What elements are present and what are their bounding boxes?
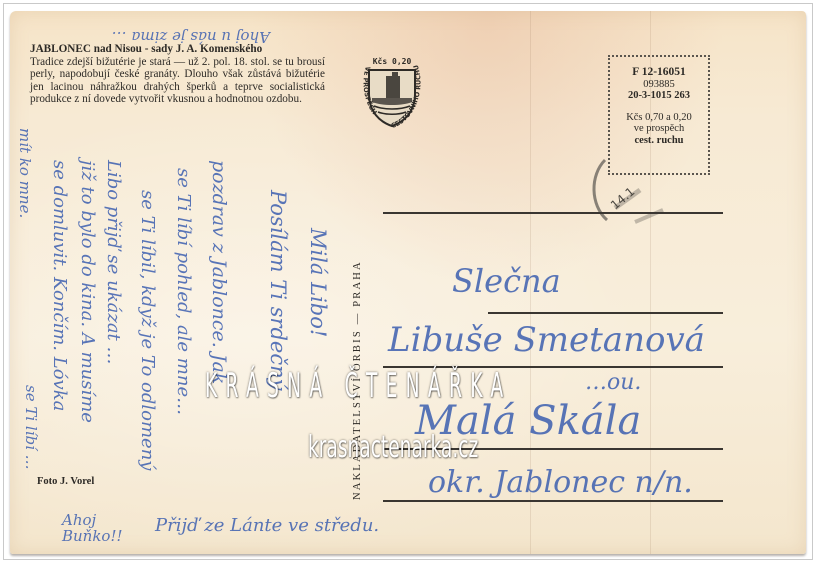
stamp-code: F 12-16051 [610,67,708,79]
message-line: se domluvit. Končím. Lóvka [49,160,70,411]
postmark-icon: 14.1 [585,150,665,230]
address-salutation: Slečna [452,262,561,300]
address-line [383,500,723,502]
message-line: se Ti líbil, když je To odlomený [137,190,158,470]
card-description: JABLONEC nad Nisou - sady J. A. Komenské… [30,43,325,106]
description-body: Tradice zdejší bižutérie je stará — už 2… [30,56,325,106]
message-signoff: Ahoj Buňko!! [62,512,152,544]
message-footer: Přijď ze Lánte ve středu. [155,515,379,536]
stamp-note: ve prospěch [610,123,708,135]
message-line: mít ko mne. [16,128,34,218]
message-line: Posílám Ti srdečný [266,190,290,390]
emblem-price: Kčs 0,20 [373,56,412,66]
address-district: okr. Jablonec n/n. [428,465,693,500]
message-line: se Ti líbí pohled, ale mne… [173,168,194,415]
address-line [488,312,723,314]
message-line: již to bylo do kina. A musíme [77,160,98,423]
address-name: Libuše Smetanová [388,320,705,360]
message-top: Ahoj u nás je zima … [112,28,270,46]
address-line [383,212,723,214]
message-line: se Ti líbí … [22,385,40,470]
watermark-title: KRÁSNÁ ČTENÁŘKA [205,366,755,406]
watermark-url: krasnactenarka.cz [308,430,478,465]
message-line: pozdrav z Jablonce. Jak [208,160,230,384]
message-line: Libo přijď se ukázat … [103,160,124,365]
stamp-note-2: cest. ruchu [610,135,708,147]
stamp-number: 093885 [610,79,708,91]
message-greeting: Milá Libo! [306,228,330,337]
castle-shield-emblem-icon: Kčs 0,20 VE PROSPĚCH CESTOVNÍHO RUCHU [352,52,432,132]
photo-credit: Foto J. Vorel [37,476,94,487]
postmark-date: 14.1 [608,184,637,212]
stamp-series: 20-3-1015 263 [610,90,708,102]
stamp-price: Kčs 0,70 a 0,20 [610,112,708,124]
